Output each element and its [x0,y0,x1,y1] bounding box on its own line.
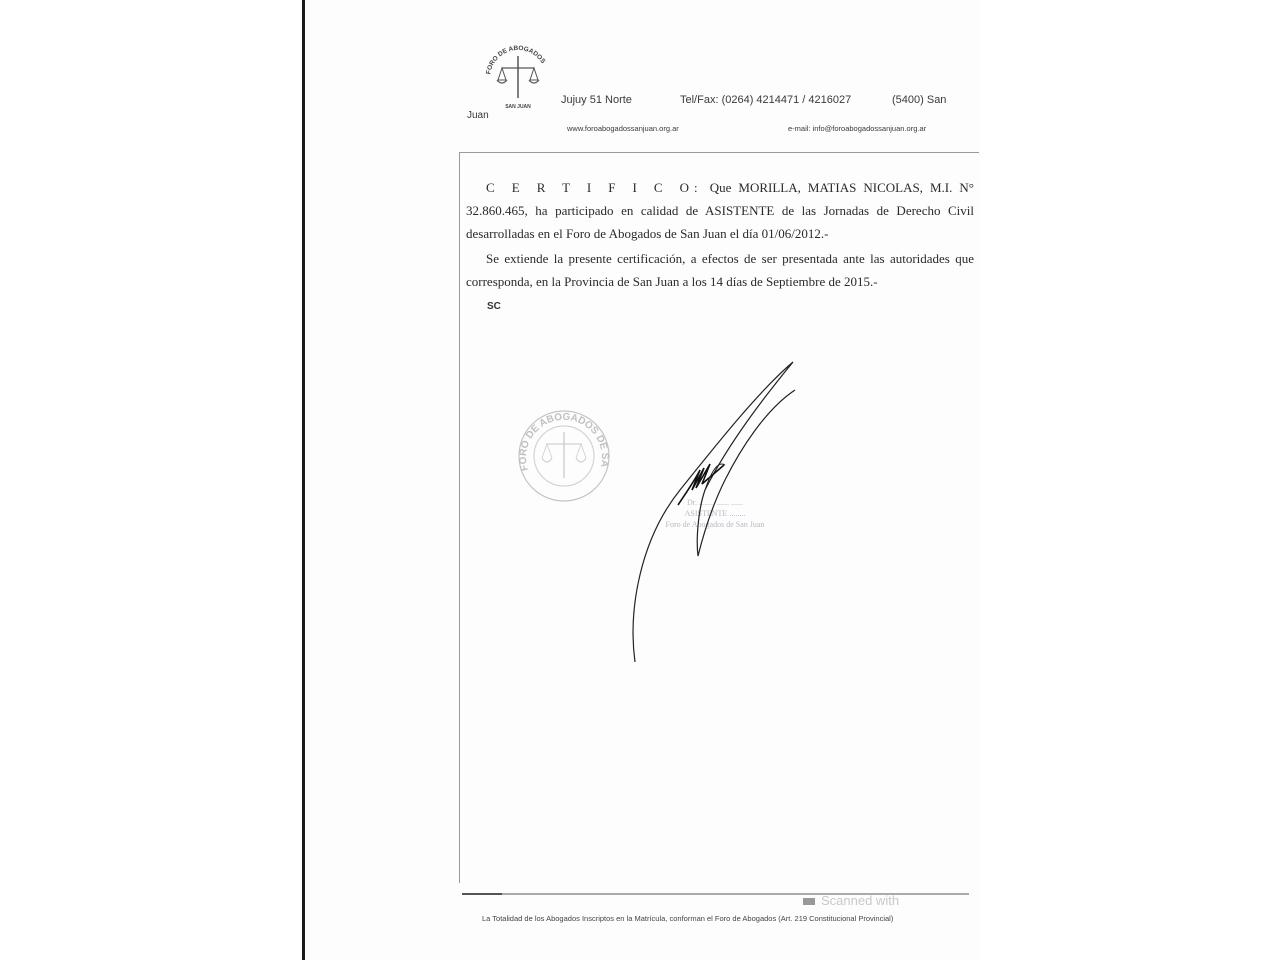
address: Jujuy 51 Norte [561,94,632,106]
svg-text:SAN JUAN: SAN JUAN [505,104,531,110]
extension-paragraph: Se extiende la presente certificación, a… [466,247,974,293]
svg-text:FORO DE ABOGADOS DE SAN JUAN: FORO DE ABOGADOS DE SAN JUAN [514,408,610,472]
official-seal-icon: FORO DE ABOGADOS DE SAN JUAN [514,408,614,504]
footer-text: La Totalidad de los Abogados Inscriptos … [462,914,893,923]
scanner-app-icon [803,898,815,905]
city: Juan [467,110,489,121]
scan-watermark: Scanned with [803,893,899,908]
scales-of-justice-logo-icon: FORO DE ABOGADOS SAN JUAN [478,40,558,112]
email: e-mail: info@foroabogadossanjuan.org.ar [788,124,926,133]
frame-left-rule [459,152,460,883]
svg-text:FORO DE ABOGADOS: FORO DE ABOGADOS [485,45,547,75]
certification-paragraph: C E R T I F I C O: Que MORILLA, MATIAS N… [466,176,974,245]
phone-fax: Tel/Fax: (0264) 4214471 / 4216027 [680,94,851,106]
handwritten-signature [600,350,820,670]
footer-note: La Totalidad de los Abogados Inscriptos … [462,911,972,927]
frame-top-rule [459,152,979,153]
watermark-text: Scanned with [821,893,899,908]
initials: SC [487,301,501,312]
postal-code: (5400) San [892,94,946,106]
certifico-label: C E R T I F I C O: [486,180,703,195]
website: www.foroabogadossanjuan.org.ar [567,124,679,133]
